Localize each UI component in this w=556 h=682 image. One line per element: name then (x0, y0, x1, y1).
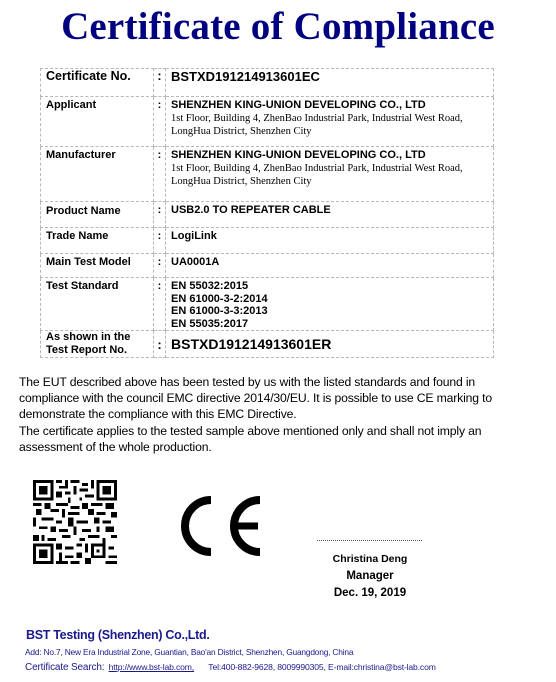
value-test-report-no: BSTXD191214913601ER (171, 336, 493, 352)
value-product-name: USB2.0 TO REPEATER CABLE (171, 202, 493, 217)
value-trade-name: LogiLink (171, 228, 493, 243)
value-test-standard-3: EN 61000-3-3:2013 (171, 305, 493, 318)
separator: : (154, 69, 165, 83)
separator: : (154, 97, 165, 112)
statement-paragraph-1: The EUT described above has been tested … (19, 374, 519, 423)
value-test-standard-1: EN 55032:2015 (171, 278, 493, 293)
footer-company-name: BST Testing (Shenzhen) Co.,Ltd. (26, 628, 210, 642)
value-test-standard-4: EN 55035:2017 (171, 318, 493, 331)
value-main-test-model: UA0001A (171, 254, 493, 269)
row-applicant: Applicant : SHENZHEN KING-UNION DEVELOPI… (41, 97, 494, 147)
value-manufacturer-address-2: LongHua District, Shenzhen City (171, 175, 493, 188)
row-trade-name: Trade Name : LogiLink (41, 228, 494, 254)
label-trade-name: Trade Name (46, 228, 153, 243)
label-test-report-line-1: As shown in the (46, 331, 153, 344)
certificate-info-table: Certificate No. : BSTXD191214913601EC Ap… (40, 68, 494, 358)
separator: : (154, 202, 165, 217)
signatory-title: Manager (300, 570, 440, 582)
label-main-test-model: Main Test Model (46, 254, 153, 269)
label-manufacturer: Manufacturer (46, 147, 153, 162)
separator: : (154, 254, 165, 269)
ce-mark-icon (178, 496, 264, 556)
value-test-standard-2: EN 61000-3-2:2014 (171, 293, 493, 306)
row-product-name: Product Name : USB2.0 TO REPEATER CABLE (41, 202, 494, 228)
label-certificate-no: Certificate No. (46, 69, 153, 83)
label-test-report-line-2: Test Report No. (46, 344, 153, 357)
row-test-report-no: As shown in the Test Report No. : BSTXD1… (41, 331, 494, 358)
signature-date: Dec. 19, 2019 (300, 587, 440, 599)
value-certificate-no: BSTXD191214913601EC (171, 69, 493, 83)
row-main-test-model: Main Test Model : UA0001A (41, 254, 494, 278)
label-applicant: Applicant (46, 97, 153, 112)
value-applicant-address-2: LongHua District, Shenzhen City (171, 125, 493, 138)
signatory-name: Christina Deng (300, 553, 440, 565)
value-applicant-address-1: 1st Floor, Building 4, ZhenBao Industria… (171, 112, 493, 125)
value-manufacturer-address-1: 1st Floor, Building 4, ZhenBao Industria… (171, 162, 493, 175)
value-manufacturer-name: SHENZHEN KING-UNION DEVELOPING CO., LTD (171, 147, 493, 162)
separator: : (154, 147, 165, 162)
statement-paragraph-2: The certificate applies to the tested sa… (19, 423, 519, 455)
label-product-name: Product Name (46, 202, 153, 218)
value-applicant-name: SHENZHEN KING-UNION DEVELOPING CO., LTD (171, 97, 493, 112)
footer-address: Add: No.7, New Era Industrial Zone, Guan… (25, 647, 353, 657)
footer-search-row: Certificate Search: http://www.bst-lab.c… (25, 662, 436, 673)
signature-line (317, 540, 422, 541)
separator: : (154, 337, 165, 352)
separator: : (154, 278, 165, 293)
row-test-standard: Test Standard : EN 55032:2015 EN 61000-3… (41, 278, 494, 331)
separator: : (154, 228, 165, 243)
compliance-statement: The EUT described above has been tested … (19, 374, 519, 455)
row-certificate-no: Certificate No. : BSTXD191214913601EC (41, 69, 494, 97)
qr-code-icon (33, 480, 117, 564)
certificate-search-label: Certificate Search: (25, 662, 104, 673)
label-test-standard: Test Standard (46, 278, 153, 293)
row-manufacturer: Manufacturer : SHENZHEN KING-UNION DEVEL… (41, 147, 494, 202)
certificate-title: Certificate of Compliance (0, 2, 556, 52)
footer-contact: Tel:400-882-9628, 8009990305, E-mail:chr… (208, 662, 435, 672)
certificate-search-link[interactable]: http://www.bst-lab.com, (109, 662, 194, 672)
